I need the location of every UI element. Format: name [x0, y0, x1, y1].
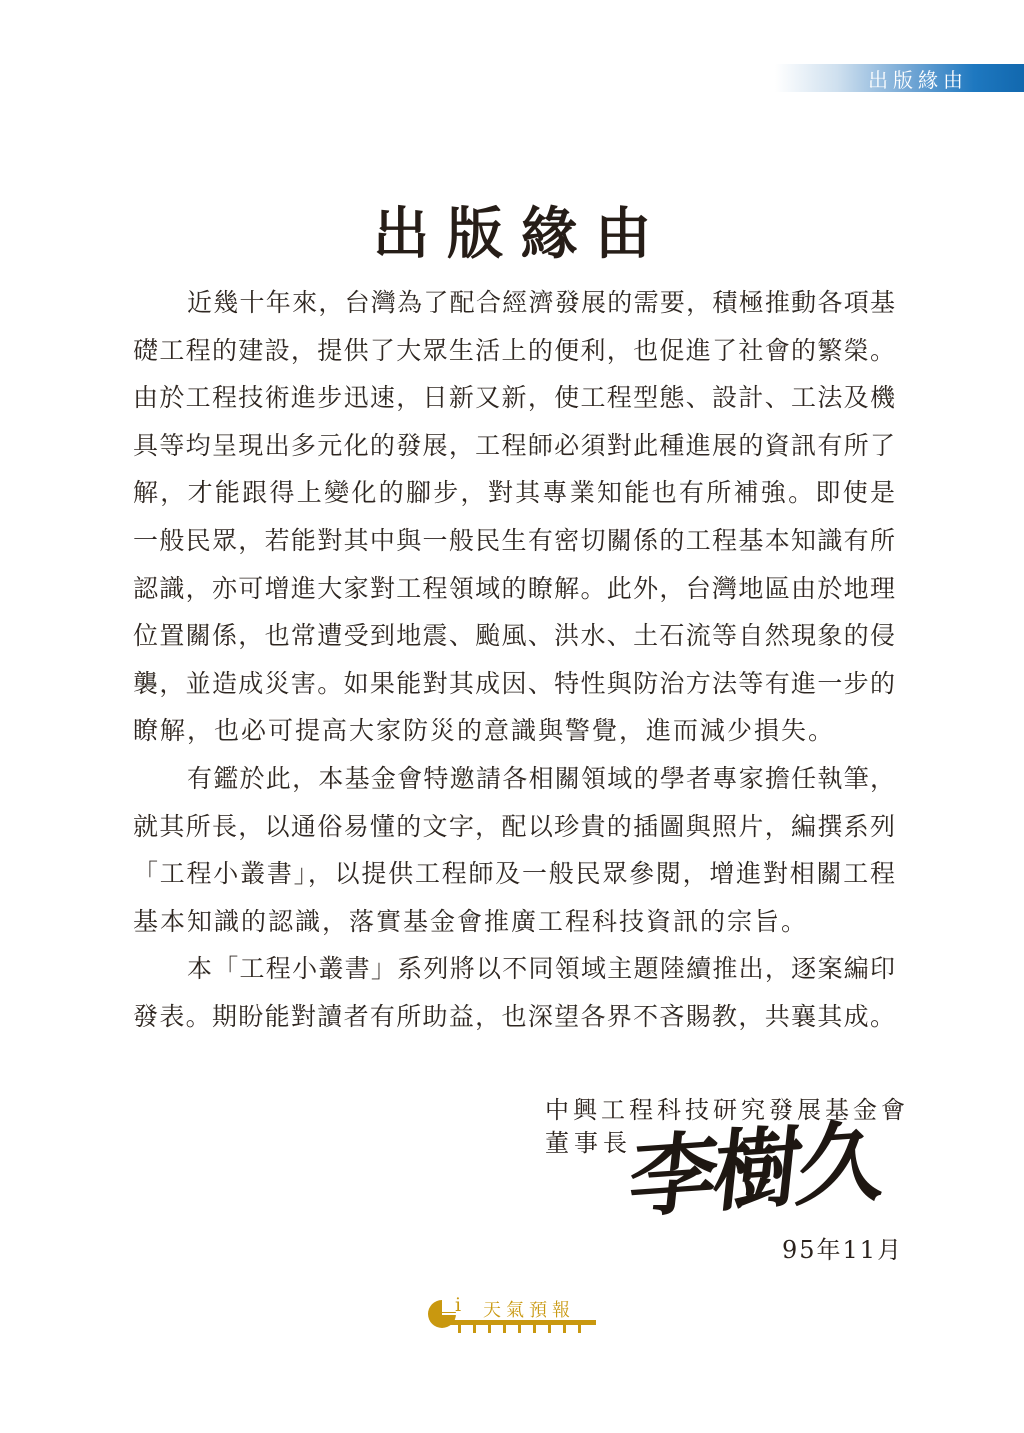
ruler-tick [578, 1325, 581, 1333]
text-line: 一般民眾，若能對其中與一般民生有密切關係的工程基本知識有所 [133, 517, 895, 565]
chapter-header-label: 出版緣由 [868, 64, 968, 93]
ruler-tick [518, 1325, 521, 1333]
text-line: 「工程小叢書」，以提供工程師及一般民眾參閱，增進對相關工程 [133, 850, 895, 898]
page-number: i [455, 1294, 461, 1316]
book-title: 天氣預報 [483, 1296, 575, 1322]
text-line: 基本知識的認識，落實基金會推廣工程科技資訊的宗旨。 [133, 898, 895, 946]
signature-handwriting: 李樹久 [625, 1112, 887, 1227]
text-line: 礎工程的建設，提供了大眾生活上的便利，也促進了社會的繁榮。 [133, 327, 895, 375]
body-text: 近幾十年來，台灣為了配合經濟發展的需要，積極推動各項基 礎工程的建設，提供了大眾… [133, 279, 895, 1041]
text-line: 有鑑於此，本基金會特邀請各相關領域的學者專家擔任執筆， [133, 755, 895, 803]
ruler-tick [473, 1325, 476, 1333]
text-line: 解，才能跟得上變化的腳步，對其專業知能也有所補強。即使是 [133, 469, 895, 517]
ruler-tick [458, 1325, 461, 1333]
text-line: 發表。期盼能對讀者有所助益，也深望各界不吝賜教，共襄其成。 [133, 993, 895, 1041]
text-line: 位置關係，也常遭受到地震、颱風、洪水、土石流等自然現象的侵 [133, 612, 895, 660]
text-line: 瞭解，也必可提高大家防災的意識與警覺，進而減少損失。 [133, 707, 895, 755]
signature-date: 95年11月 [782, 1230, 903, 1265]
text-line: 本「工程小叢書」系列將以不同領域主題陸續推出，逐案編印 [133, 945, 895, 993]
text-line: 具等均呈現出多元化的發展，工程師必須對此種進展的資訊有所了 [133, 422, 895, 470]
ruler-tick [548, 1325, 551, 1333]
ruler-tick [533, 1325, 536, 1333]
text-line: 就其所長，以通俗易懂的文字，配以珍貴的插圖與照片，編撰系列 [133, 803, 895, 851]
text-line: 近幾十年來，台灣為了配合經濟發展的需要，積極推動各項基 [133, 279, 895, 327]
ruler-tick [488, 1325, 491, 1333]
ruler-tick [563, 1325, 566, 1333]
signature-role: 董事長 [545, 1123, 632, 1158]
text-line: 由於工程技術進步迅速，日新又新，使工程型態、設計、工法及機 [133, 374, 895, 422]
document-page: 出版緣由 出版緣由 近幾十年來，台灣為了配合經濟發展的需要，積極推動各項基 礎工… [0, 0, 1024, 1433]
page-footer: i 天氣預報 [428, 1294, 608, 1344]
text-line: 襲，並造成災害。如果能對其成因、特性與防治方法等有進一步的 [133, 660, 895, 708]
text-line: 認識，亦可增進大家對工程領域的瞭解。此外，台灣地區由於地理 [133, 565, 895, 613]
page-title: 出版緣由 [0, 190, 1024, 270]
chapter-header-bar: 出版緣由 [775, 64, 1024, 92]
ruler-tick [503, 1325, 506, 1333]
